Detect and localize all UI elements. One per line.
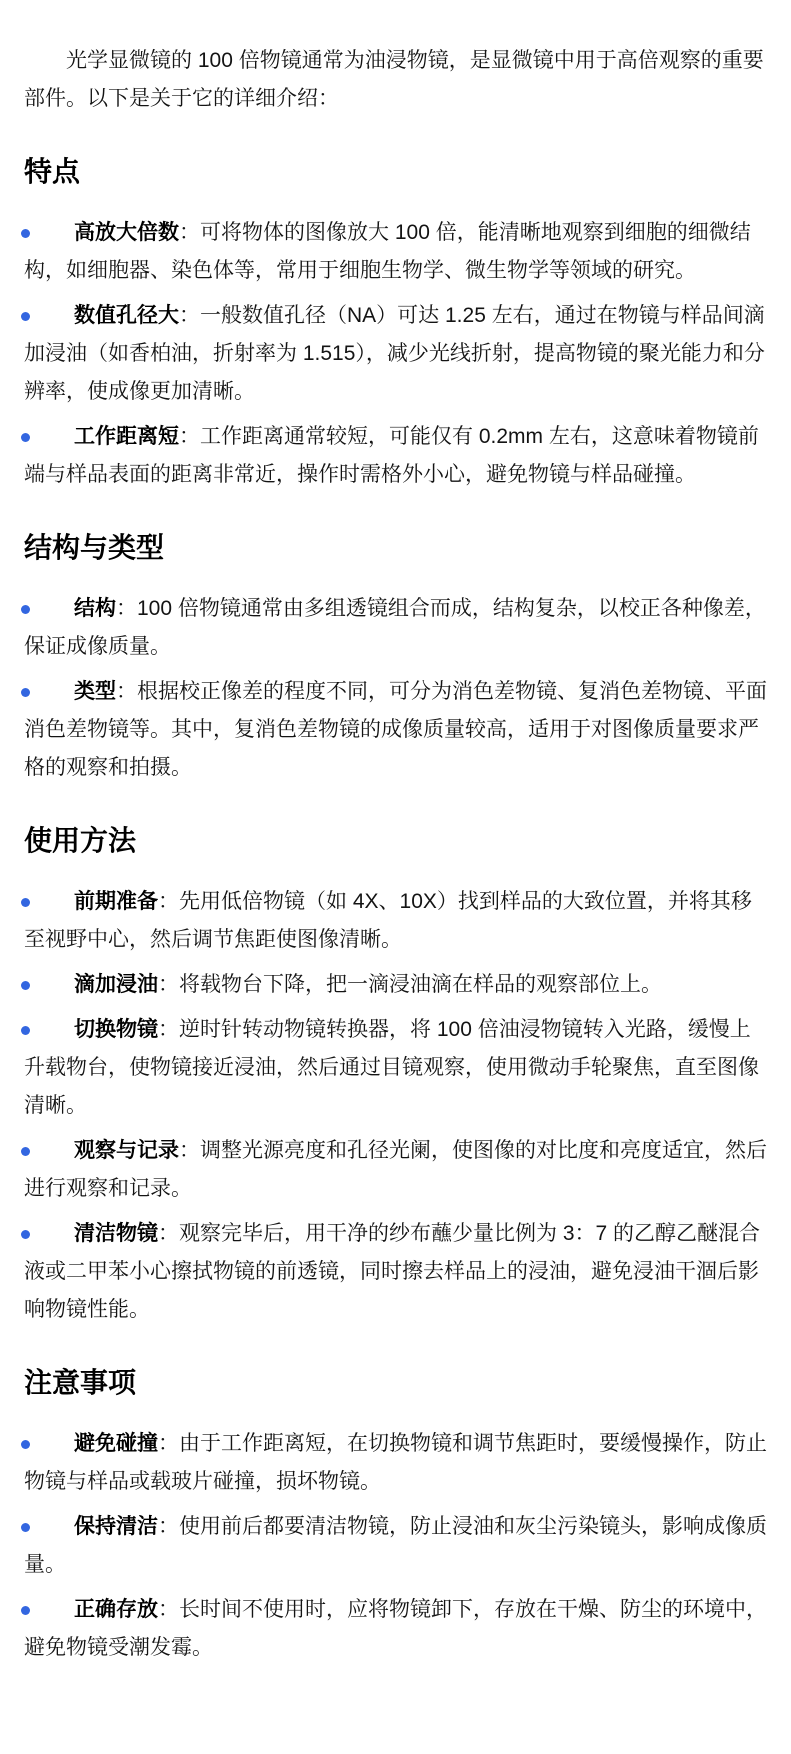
term-label: 切换物镜 — [74, 1018, 158, 1041]
bullet-dot-icon — [21, 1026, 30, 1035]
term-label: 正确存放 — [74, 1598, 158, 1621]
section-heading-precautions: 注意事项 — [24, 1363, 767, 1403]
list-item: 前期准备：先用低倍物镜（如 4X、10X）找到样品的大致位置，并将其移至视野中心… — [24, 883, 767, 959]
term-label: 观察与记录 — [74, 1139, 179, 1162]
bullet-dot-icon — [21, 688, 30, 697]
bullet-dot-icon — [21, 605, 30, 614]
list-item: 正确存放：长时间不使用时，应将物镜卸下，存放在干燥、防尘的环境中，避免物镜受潮发… — [24, 1591, 767, 1667]
term-label: 数值孔径大 — [74, 304, 179, 327]
bullet-dot-icon — [21, 1147, 30, 1156]
list-item: 工作距离短：工作距离通常较短，可能仅有 0.2mm 左右，这意味着物镜前端与样品… — [24, 418, 767, 494]
bullet-dot-icon — [21, 312, 30, 321]
bullet-dot-icon — [21, 1230, 30, 1239]
bullet-dot-icon — [21, 981, 30, 990]
section-heading-features: 特点 — [24, 152, 767, 192]
section-heading-structure-types: 结构与类型 — [24, 528, 767, 568]
list-item: 避免碰撞：由于工作距离短，在切换物镜和调节焦距时，要缓慢操作，防止物镜与样品或载… — [24, 1425, 767, 1501]
list-item: 保持清洁：使用前后都要清洁物镜，防止浸油和灰尘污染镜头，影响成像质量。 — [24, 1508, 767, 1584]
bullet-dot-icon — [21, 898, 30, 907]
term-label: 清洁物镜 — [74, 1222, 158, 1245]
bullet-dot-icon — [21, 1523, 30, 1532]
document-body: 光学显微镜的 100 倍物镜通常为油浸物镜，是显微镜中用于高倍观察的重要部件。以… — [0, 0, 791, 1754]
bullet-dot-icon — [21, 433, 30, 442]
term-label: 高放大倍数 — [74, 221, 179, 244]
term-description: ：100 倍物镜通常由多组透镜组合而成，结构复杂，以校正各种像差，保证成像质量。 — [24, 597, 766, 658]
list-item: 类型：根据校正像差的程度不同，可分为消色差物镜、复消色差物镜、平面消色差物镜等。… — [24, 673, 767, 787]
term-label: 工作距离短 — [74, 425, 179, 448]
list-item: 清洁物镜：观察完毕后，用干净的纱布蘸少量比例为 3：7 的乙醇乙醚混合液或二甲苯… — [24, 1215, 767, 1329]
intro-paragraph: 光学显微镜的 100 倍物镜通常为油浸物镜，是显微镜中用于高倍观察的重要部件。以… — [24, 42, 767, 118]
list-item: 数值孔径大：一般数值孔径（NA）可达 1.25 左右，通过在物镜与样品间滴加浸油… — [24, 297, 767, 411]
term-label: 前期准备 — [74, 890, 158, 913]
list-item: 结构：100 倍物镜通常由多组透镜组合而成，结构复杂，以校正各种像差，保证成像质… — [24, 590, 767, 666]
list-item: 滴加浸油：将载物台下降，把一滴浸油滴在样品的观察部位上。 — [24, 966, 767, 1004]
list-item: 切换物镜：逆时针转动物镜转换器，将 100 倍油浸物镜转入光路，缓慢上升载物台，… — [24, 1011, 767, 1125]
bullet-dot-icon — [21, 1440, 30, 1449]
term-description: ：根据校正像差的程度不同，可分为消色差物镜、复消色差物镜、平面消色差物镜等。其中… — [24, 680, 767, 779]
term-label: 滴加浸油 — [74, 973, 158, 996]
term-label: 避免碰撞 — [74, 1432, 158, 1455]
section-heading-usage: 使用方法 — [24, 821, 767, 861]
term-label: 类型 — [74, 680, 116, 703]
term-label: 保持清洁 — [74, 1515, 158, 1538]
term-label: 结构 — [74, 597, 116, 620]
list-item: 高放大倍数：可将物体的图像放大 100 倍，能清晰地观察到细胞的细微结构，如细胞… — [24, 214, 767, 290]
bullet-dot-icon — [21, 1606, 30, 1615]
term-description: ：将载物台下降，把一滴浸油滴在样品的观察部位上。 — [158, 973, 662, 996]
bullet-dot-icon — [21, 229, 30, 238]
list-item: 观察与记录：调整光源亮度和孔径光阑，使图像的对比度和亮度适宜，然后进行观察和记录… — [24, 1132, 767, 1208]
